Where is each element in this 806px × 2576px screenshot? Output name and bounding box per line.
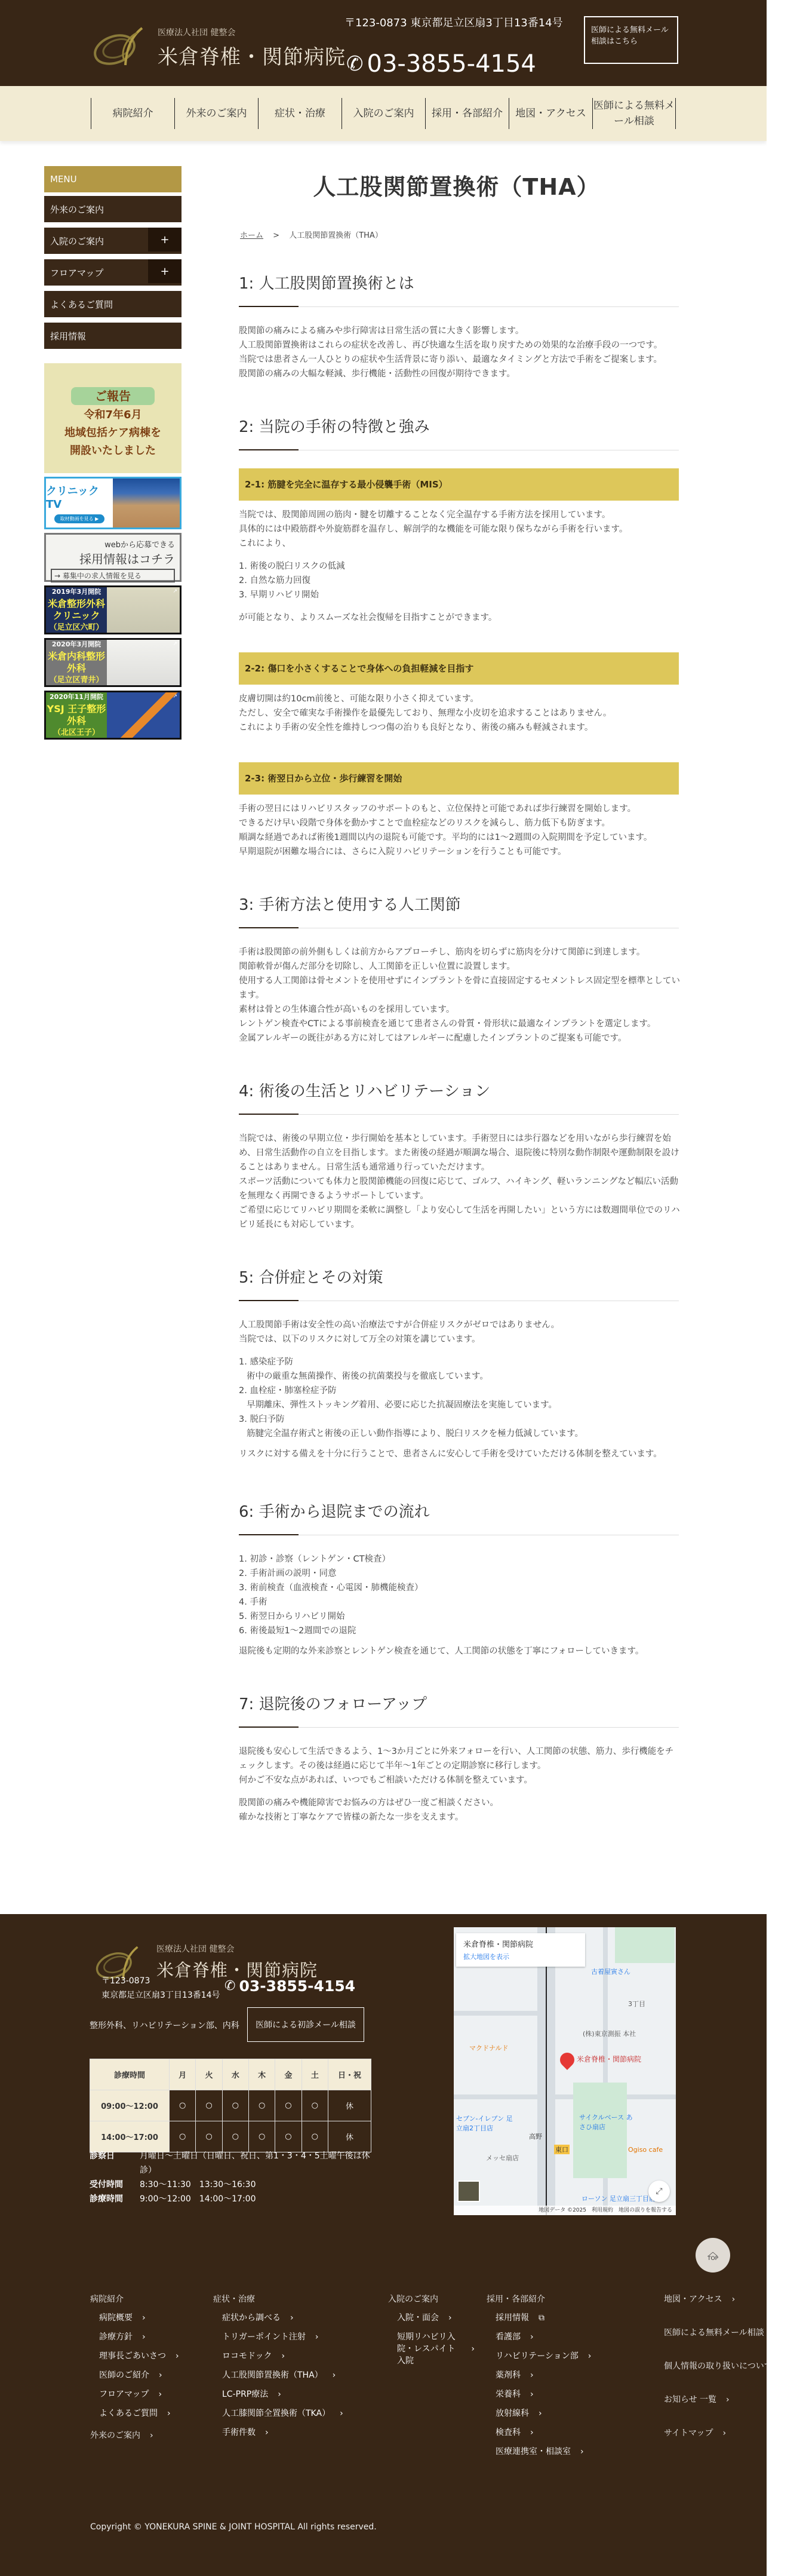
banner-text: 米倉内科整形外科 bbox=[46, 651, 107, 674]
sidebar-item-faq[interactable]: よくあるご質問 bbox=[44, 291, 181, 317]
breadcrumb: ホーム > 人工股関節置換術（THA） bbox=[240, 229, 679, 240]
site-header: 医療法人社団 健整会 米倉脊椎・関節病院 〒123-0873 東京都足立区扇3丁… bbox=[0, 0, 767, 86]
chevron-right-icon: › bbox=[732, 2295, 736, 2304]
map-fullscreen-icon[interactable]: ⤢ bbox=[648, 2181, 670, 2202]
footer-nav-link[interactable]: 採用情報⧉ bbox=[496, 2312, 591, 2324]
banner-text: 開設いたしました bbox=[44, 442, 181, 460]
subsection-body-2-3: 手術の翌日にはリハビリスタッフのサポートのもと、立位保持と可能であれば歩行練習を… bbox=[239, 802, 681, 859]
table-header: 月 bbox=[170, 2059, 196, 2090]
breadcrumb-separator: > bbox=[273, 231, 279, 240]
paragraph: 退院後も定期的な外来診察とレントゲン検査を通じて、人工関節の状態を丁寧にフォロー… bbox=[239, 1644, 681, 1658]
footer-nav-link[interactable]: LC-PRP療法› bbox=[222, 2388, 343, 2400]
footer-nav-col-hospital: 病院紹介 病院概要› 診療方針› 理事長ごあいさつ› 医師のご紹介› フロアマッ… bbox=[90, 2293, 179, 2441]
paragraph: ただし、安全で確実な手術操作を最優先しており、無理な小皮切を追求することはありま… bbox=[239, 706, 681, 720]
footer-nav-link[interactable]: 薬剤科› bbox=[496, 2369, 591, 2381]
banner-tag: ご報告 bbox=[71, 387, 155, 405]
map-poi: Ogiso cafe bbox=[628, 2146, 663, 2154]
banner-text: webから応募できる bbox=[51, 538, 175, 550]
external-link-icon: ↗ bbox=[173, 694, 177, 700]
map-attribution: 地図データ ©2025 利用規約 地図の誤りを報告する bbox=[454, 2206, 676, 2215]
gnav-mail-consult[interactable]: 医師による無料メール相談 bbox=[592, 98, 676, 129]
banner-text: 令和7年6月 bbox=[44, 406, 181, 424]
list-item: 2. 手術計画の説明・同意 bbox=[239, 1566, 681, 1581]
paragraph: これにより手術の安全性を維持しつつ傷の治りも良好となり、術後の痛みも軽減されます… bbox=[239, 720, 681, 735]
info-value: 9:00〜12:00 14:00〜17:00 bbox=[140, 2192, 373, 2206]
footer-nav-link[interactable]: 放射線科› bbox=[496, 2408, 591, 2419]
external-link-icon: ⧉ bbox=[539, 2313, 544, 2323]
banner-title: クリニックTV bbox=[46, 483, 113, 511]
footer-phone-number: 03-3855-4154 bbox=[239, 1977, 355, 1995]
list-item: 4. 手術 bbox=[239, 1595, 681, 1609]
paragraph: 順調な経過であれば術後1週間以内の退院も可能です。平均的には1〜2週間の入院期間… bbox=[239, 830, 681, 845]
banner-text: 2019年3月開院 bbox=[52, 586, 101, 598]
subsection-heading-2-1: 2-1: 筋腱を完全に温存する最小侵襲手術（MIS） bbox=[239, 468, 679, 501]
clinic-photo bbox=[107, 640, 180, 685]
chevron-right-icon: › bbox=[588, 2351, 592, 2361]
hours-table: 診療時間 月 火 水 木 金 土 日・祝 09:00〜12:00 ○ ○ ○ ○… bbox=[90, 2059, 371, 2152]
paragraph: これにより、 bbox=[239, 536, 681, 551]
sidebar-menu-heading: MENU bbox=[44, 166, 181, 192]
map-satellite-toggle[interactable] bbox=[457, 2181, 480, 2202]
paragraph: リスクに対する備えを十分に行うことで、患者さんに安心して手術を受けていただける体… bbox=[239, 1447, 681, 1461]
phone-icon: ✆ bbox=[346, 52, 364, 76]
footer-nav-link[interactable]: 人工股関節置換術（THA）› bbox=[222, 2369, 343, 2381]
map-place-name: 米倉脊椎・関節病院 bbox=[463, 1938, 578, 1949]
table-header: 診療時間 bbox=[90, 2059, 170, 2090]
map-poi: 古着屋寅さん bbox=[591, 1967, 630, 1976]
section-heading-1: 1: 人工股関節置換術とは bbox=[239, 271, 679, 307]
banner-text: → 募集中の求人情報を見る bbox=[51, 569, 175, 582]
paragraph: 人工股関節手術は安全性の高い治療法ですが合併症リスクがゼロではありません。 bbox=[239, 1318, 681, 1332]
table-cell: ○ bbox=[302, 2090, 328, 2121]
expand-plus-icon[interactable]: + bbox=[148, 228, 181, 252]
footer-nav-link[interactable]: 人工膝関節全置換術（TKA）› bbox=[222, 2408, 343, 2419]
list-item-title: 1. 感染症予防 bbox=[239, 1355, 681, 1369]
subsection-body-2-1: 当院では、股関節周囲の筋肉・腱を切離することなく完全温存する手術方法を採用してい… bbox=[239, 508, 681, 625]
table-cell: ○ bbox=[170, 2090, 196, 2121]
paragraph: 具体的には中殿筋群や外旋筋群を温存し、解剖学的な機能を可能な限り保ちながら手術を… bbox=[239, 522, 681, 536]
list-item: 3. 術前検査（血液検査・心電図・肺機能検査） bbox=[239, 1581, 681, 1595]
footer-nav-link[interactable]: 病院概要› bbox=[99, 2312, 179, 2324]
footer-nav-col-misc: 地図・アクセス› 医師による無料メール相談 個人情報の取り扱いについて お知らせ… bbox=[664, 2293, 767, 2439]
footer-nav-col-inpatient: 入院のご案内 入院・面会› 短期リハビリ入院・レスパイト入院› bbox=[388, 2293, 475, 2374]
building-photo bbox=[113, 479, 180, 528]
table-row: 14:00〜17:00 ○ ○ ○ ○ ○ ○ 休 bbox=[90, 2121, 371, 2152]
map-poi: 東口 bbox=[554, 2145, 570, 2154]
clinic-photo bbox=[107, 587, 180, 633]
list-item-desc: 筋腱完全温存術式と術後の正しい動作指導により、脱臼リスクを極力低減しています。 bbox=[239, 1427, 681, 1441]
sidebar-item-label: 外来のご案内 bbox=[50, 203, 104, 216]
chevron-right-icon: › bbox=[150, 2431, 153, 2440]
chevron-right-icon: › bbox=[167, 2409, 171, 2418]
paragraph: 当院では、術後の早期立位・歩行開始を基本としています。手術翌日には歩行器などを用… bbox=[239, 1131, 681, 1174]
table-cell: ○ bbox=[222, 2090, 248, 2121]
page: 医療法人社団 健整会 米倉脊椎・関節病院 〒123-0873 東京都足立区扇3丁… bbox=[0, 0, 767, 2576]
footer-nav-link[interactable]: 地図・アクセス› bbox=[664, 2293, 767, 2305]
footer-nav-heading[interactable]: 採用・各部紹介 bbox=[487, 2293, 591, 2305]
table-header: 木 bbox=[248, 2059, 275, 2090]
paragraph: 早期退院が困難な場合には、さらに入院リハビリテーションを行うことも可能です。 bbox=[239, 845, 681, 859]
footer-nav-link[interactable]: ロコモドック› bbox=[222, 2350, 343, 2362]
gnav-outpatient[interactable]: 外来のご案内 bbox=[174, 98, 258, 129]
header-address: 〒123-0873 東京都足立区扇3丁目13番14号 bbox=[344, 14, 565, 32]
paragraph: 素材は骨との生体適合性が高いものを採用しています。 bbox=[239, 1002, 681, 1017]
table-header-row: 診療時間 月 火 水 木 金 土 日・祝 bbox=[90, 2059, 371, 2090]
site-logo[interactable]: 医療法人社団 健整会 米倉脊椎・関節病院 bbox=[90, 22, 346, 70]
footer-nav-link[interactable]: お知らせ 一覧› bbox=[664, 2393, 767, 2405]
table-row: 09:00〜12:00 ○ ○ ○ ○ ○ ○ 休 bbox=[90, 2090, 371, 2121]
paragraph: 使用する人工関節は骨セメントを使用せずにインプラントを骨に直接固定するセメントレ… bbox=[239, 974, 681, 1002]
sidebar-item-recruit[interactable]: 採用情報 bbox=[44, 323, 181, 349]
footer-nav-link[interactable]: 検査科› bbox=[496, 2427, 591, 2439]
paragraph: が可能となり、よりスムーズな社会復帰を目指すことができます。 bbox=[239, 611, 681, 625]
map-park bbox=[615, 1927, 675, 1963]
paragraph: 退院後も安心して生活できるよう、1〜3か月ごとに外来フォローを行い、人工関節の状… bbox=[239, 1744, 681, 1773]
table-header: 土 bbox=[302, 2059, 328, 2090]
clinic-photo bbox=[107, 692, 180, 738]
postal-code: 〒123-0873 bbox=[101, 1974, 220, 1988]
banner-text: 地域包括ケア病棟を bbox=[44, 424, 181, 442]
section-heading-2: 2: 当院の手術の特徴と強み bbox=[239, 415, 679, 450]
chevron-right-icon: › bbox=[158, 2390, 162, 2399]
banner-text: 米倉整形外科クリニック bbox=[46, 598, 107, 622]
map-road bbox=[454, 2094, 676, 2099]
section-heading-5: 5: 合併症とその対策 bbox=[239, 1265, 679, 1301]
footer-nav-heading[interactable]: 症状・治療 bbox=[213, 2293, 343, 2305]
info-label: 診療時間 bbox=[90, 2192, 140, 2206]
banner-text: YSJ 王子整形外科 bbox=[46, 703, 107, 727]
banner-recruit[interactable]: webから応募できる 採用情報はコチラ → 募集中の求人情報を見る bbox=[44, 533, 181, 582]
chevron-right-icon: › bbox=[333, 2370, 336, 2380]
table-cell: 14:00〜17:00 bbox=[90, 2121, 170, 2152]
map-road bbox=[454, 2011, 537, 2016]
chevron-right-icon: › bbox=[530, 2428, 534, 2437]
org-name: 医療法人社団 健整会 bbox=[156, 1943, 318, 1955]
banner-text: 2020年11月開院 bbox=[50, 691, 103, 703]
subsection-heading-2-3: 2-3: 術翌日から立位・歩行練習を開始 bbox=[239, 762, 679, 795]
section-heading-7: 7: 退院後のフォローアップ bbox=[239, 1692, 679, 1728]
footer-nav-link[interactable]: トリガーポイント注射› bbox=[222, 2331, 343, 2343]
section-heading-4: 4: 術後の生活とリハビリテーション bbox=[239, 1079, 679, 1115]
sidebar-item-floormap[interactable]: フロアマップ + bbox=[44, 259, 181, 286]
chevron-up-icon: ︿ bbox=[708, 2249, 718, 2256]
back-to-top-label: TOP bbox=[707, 2256, 718, 2262]
subsection-heading-2-2: 2-2: 傷口を小さくすることで身体への負担軽減を目指す bbox=[239, 652, 679, 685]
list-item-desc: 早期離床、弾性ストッキング着用、必要に応じた抗凝固療法を実施しています。 bbox=[239, 1398, 681, 1412]
paragraph: スポーツ活動についても体力と股関節機能の回復に応じて、ゴルフ、ハイキング、軽いラ… bbox=[239, 1174, 681, 1203]
footer-address: 〒123-0873 東京都足立区扇3丁目13番14号 bbox=[101, 1974, 220, 2002]
banner-clinic-rokucho[interactable]: 2019年3月開院 米倉整形外科クリニック （足立区六町） ↗ bbox=[44, 585, 181, 634]
map-poi: セブン-イレブン 足立扇2丁目店 bbox=[456, 2114, 516, 2133]
banner-clinic-aoi[interactable]: 2020年3月開院 米倉内科整形外科 （足立区青井） ↗ bbox=[44, 638, 181, 687]
header-phone-number: 03-3855-4154 bbox=[367, 50, 536, 78]
info-label: 受付時間 bbox=[90, 2178, 140, 2192]
list-item-title: 3. 脱臼予防 bbox=[239, 1412, 681, 1427]
footer-phone-link[interactable]: ✆ 03-3855-4154 bbox=[224, 1977, 355, 1995]
map-pin-icon bbox=[557, 2050, 577, 2070]
list-item: 5. 術翌日からリハビリ開始 bbox=[239, 1609, 681, 1624]
paragraph: 股関節の痛みの大幅な軽減、歩行機能・活動性の回復が期待できます。 bbox=[239, 367, 681, 381]
banner-text: 2020年3月開院 bbox=[52, 639, 101, 651]
footer-nav-link[interactable]: 短期リハビリ入院・レスパイト入院› bbox=[397, 2331, 475, 2367]
list-item-title: 2. 血栓症・肺塞栓症予防 bbox=[239, 1384, 681, 1398]
main-content: 人工股関節置換術（THA） ホーム > 人工股関節置換術（THA） 1: 人工股… bbox=[234, 166, 679, 1824]
banner-text: （足立区青井） bbox=[49, 674, 103, 686]
paragraph: 当院では、股関節周囲の筋肉・腱を切離することなく完全温存する手術方法を採用してい… bbox=[239, 508, 681, 522]
section-heading-3: 3: 手術方法と使用する人工関節 bbox=[239, 893, 679, 928]
paragraph: 当院では、以下のリスクに対して万全の対策を講じています。 bbox=[239, 1332, 681, 1347]
phone-icon: ✆ bbox=[224, 1979, 235, 1994]
sidebar-item-label: よくあるご質問 bbox=[50, 298, 113, 311]
sidebar-item-label: 入院のご案内 bbox=[50, 235, 104, 247]
chevron-right-icon: › bbox=[265, 2428, 269, 2437]
table-header: 金 bbox=[275, 2059, 302, 2090]
info-value: 月曜日〜土曜日（日曜日、祝日、第1・3・4・5土曜午後は休診） bbox=[140, 2149, 373, 2178]
external-link-icon: ↗ bbox=[173, 641, 177, 647]
gnav-inpatient[interactable]: 入院のご案内 bbox=[342, 98, 425, 129]
chevron-right-icon: › bbox=[340, 2409, 343, 2418]
footer-nav-link[interactable]: 看護部› bbox=[496, 2331, 591, 2343]
table-cell: ○ bbox=[248, 2090, 275, 2121]
copyright: Copyright © YONEKURA SPINE & JOINT HOSPI… bbox=[90, 2522, 377, 2532]
org-name: 医療法人社団 健整会 bbox=[158, 26, 346, 38]
subsection-body-2-2: 皮膚切開は約10cm前後と、可能な限り小さく抑えています。 ただし、安全で確実な… bbox=[239, 692, 681, 735]
banner-text: 採用情報はコチラ bbox=[51, 550, 175, 567]
table-cell: ○ bbox=[196, 2121, 222, 2152]
chevron-right-icon: › bbox=[530, 2390, 534, 2399]
chevron-right-icon: › bbox=[530, 2370, 534, 2380]
paragraph: 何かご不安な点があれば、いつでもご相談いただける体制を整えています。 bbox=[239, 1773, 681, 1787]
section-heading-6: 6: 手術から退院までの流れ bbox=[239, 1499, 679, 1535]
table-header: 火 bbox=[196, 2059, 222, 2090]
departments: 整形外科、リハビリテーション部、内科 bbox=[90, 2019, 239, 2031]
section-body-3: 手術は股関節の前外側もしくは前方からアプローチし、筋肉を切らずに筋肉を分けて関節… bbox=[239, 945, 681, 1045]
footer-nav-link[interactable]: 個人情報の取り扱いについて bbox=[664, 2360, 767, 2372]
paragraph: 股関節の痛みや機能障害でお悩みの方はぜひ一度ご相談ください。 bbox=[239, 1796, 681, 1810]
chevron-right-icon: › bbox=[281, 2351, 285, 2361]
paragraph: 当院では患者さん一人ひとりの症状や生活背景に寄り添い、最適なタイミングと方法で手… bbox=[239, 352, 681, 367]
paragraph: 皮膚切開は約10cm前後と、可能な限り小さく抑えています。 bbox=[239, 692, 681, 706]
section-body-6: 1. 初診・診察（レントゲン・CT検査） 2. 手術計画の説明・同意 3. 術前… bbox=[239, 1552, 681, 1658]
section-body-4: 当院では、術後の早期立位・歩行開始を基本としています。手術翌日には歩行器などを用… bbox=[239, 1131, 681, 1232]
breadcrumb-current: 人工股関節置換術（THA） bbox=[289, 231, 383, 240]
banner-ward-opening[interactable]: ご報告 令和7年6月 地域包括ケア病棟を 開設いたしました bbox=[44, 363, 181, 473]
paragraph: 関節軟骨が傷んだ部分を切除し、人工関節を正しい位置に設置します。 bbox=[239, 959, 681, 974]
map-poi: ローソン 足立扇三丁目店 bbox=[582, 2194, 656, 2203]
list-item: 2. 自然な筋力回復 bbox=[239, 574, 681, 588]
footer-nav-link[interactable]: 医師による無料メール相談 bbox=[664, 2326, 767, 2338]
footer-nav-link[interactable]: 手術件数› bbox=[222, 2427, 343, 2439]
info-label: 診察日 bbox=[90, 2149, 140, 2178]
table-cell: ○ bbox=[170, 2121, 196, 2152]
banner-clinic-tv[interactable]: クリニックTV 取材動画を見る ▶ bbox=[44, 477, 181, 529]
logo-mark-icon bbox=[90, 24, 155, 68]
external-link-icon: ↗ bbox=[173, 588, 177, 594]
chevron-right-icon: › bbox=[448, 2313, 452, 2323]
paragraph: できるだけ早い段階で身体を動かすことで血栓症などのリスクを減らし、筋力低下も防ぎ… bbox=[239, 816, 681, 830]
footer-nav-link[interactable]: 診療方針› bbox=[99, 2331, 179, 2343]
map-poi: メッセ扇店 bbox=[486, 2153, 519, 2163]
sidebar-item-inpatient[interactable]: 入院のご案内 + bbox=[44, 228, 181, 254]
chevron-right-icon: › bbox=[142, 2313, 146, 2323]
chevron-right-icon: › bbox=[315, 2332, 319, 2342]
table-cell: ○ bbox=[248, 2121, 275, 2152]
footer-nav-heading[interactable]: 入院のご案内 bbox=[388, 2293, 475, 2305]
chevron-right-icon: › bbox=[722, 2428, 726, 2438]
table-cell: ○ bbox=[275, 2090, 302, 2121]
list-item: 1. 術後の脱臼リスクの低減 bbox=[239, 559, 681, 574]
info-value: 8:30〜11:30 13:30〜16:30 bbox=[140, 2178, 373, 2192]
footer-nav-link[interactable]: サイトマップ› bbox=[664, 2427, 767, 2439]
paragraph: 確かな技術と丁寧なケアで皆様の新たな一歩を支えます。 bbox=[239, 1810, 681, 1824]
footer-nav-col-symptoms: 症状・治療 症状から調べる› トリガーポイント注射› ロコモドック› 人工股関節… bbox=[213, 2293, 343, 2446]
chevron-right-icon: › bbox=[290, 2313, 294, 2323]
map-poi: 3丁目 bbox=[628, 1999, 645, 2008]
section-body-7: 退院後も安心して生活できるよう、1〜3か月ごとに外来フォローを行い、人工関節の状… bbox=[239, 1744, 681, 1824]
footer-nav-col-recruit: 採用・各部紹介 採用情報⧉ 看護部› リハビリテーション部› 薬剤科› 栄養科›… bbox=[487, 2293, 591, 2465]
sidebar-item-label: 採用情報 bbox=[50, 330, 86, 342]
paragraph: 手術は股関節の前外側もしくは前方からアプローチし、筋肉を切らずに筋肉を分けて関節… bbox=[239, 945, 681, 959]
table-cell: 09:00〜12:00 bbox=[90, 2090, 170, 2121]
table-cell: 休 bbox=[328, 2090, 371, 2121]
banner-text: （北区王子） bbox=[53, 727, 100, 739]
gnav-recruit[interactable]: 採用・各部紹介 bbox=[425, 98, 509, 129]
footer-nav-link[interactable]: 栄養科› bbox=[496, 2388, 591, 2400]
back-to-top-button[interactable]: ︿ TOP bbox=[696, 2238, 730, 2273]
gnav-access[interactable]: 地図・アクセス bbox=[509, 98, 592, 129]
paragraph: 股関節の痛みによる痛みや歩行障害は日常生活の質に大きく影響します。 bbox=[239, 324, 681, 338]
footer-nav-link[interactable]: 医師のご紹介› bbox=[99, 2369, 179, 2381]
address: 東京都足立区扇3丁目13番14号 bbox=[101, 1988, 220, 2002]
footer-nav-heading[interactable]: 病院紹介 bbox=[90, 2293, 179, 2305]
list-item-desc: 術中の厳重な無菌操作、術後の抗菌薬投与を徹底しています。 bbox=[239, 1369, 681, 1384]
footer-mail-consult-button[interactable]: 医師による初診メール相談 bbox=[247, 2007, 364, 2042]
table-cell: ○ bbox=[222, 2121, 248, 2152]
footer-nav-link[interactable]: リハビリテーション部› bbox=[496, 2350, 591, 2362]
paragraph: 人工股関節置換術はこれらの症状を改善し、再び快適な生活を取り戻すための効果的な治… bbox=[239, 338, 681, 352]
section-body-5: 人工股関節手術は安全性の高い治療法ですが合併症リスクがゼロではありません。 当院… bbox=[239, 1318, 681, 1461]
gnav-hospital-intro[interactable]: 病院紹介 bbox=[91, 98, 174, 129]
banner-clinic-oji[interactable]: 2020年11月開院 YSJ 王子整形外科 （北区王子） ↗ bbox=[44, 691, 181, 740]
hospital-name: 米倉脊椎・関節病院 bbox=[158, 41, 346, 70]
table-cell: ○ bbox=[302, 2121, 328, 2152]
banner-button: 取材動画を見る ▶ bbox=[54, 514, 105, 523]
google-map[interactable]: 米倉脊椎・関節病院 拡大地図を表示 古着屋寅さん 3丁目 マクドナルド (株)東… bbox=[454, 1927, 676, 2215]
gnav-symptoms[interactable]: 症状・治療 bbox=[258, 98, 342, 129]
map-poi: (株)東京測振 本社 bbox=[583, 2029, 636, 2038]
site-footer: 医療法人社団 健整会 米倉脊椎・関節病院 〒123-0873 東京都足立区扇3丁… bbox=[0, 1914, 767, 2576]
header-mail-consult-button[interactable]: 医師による無料メール相談はこちら bbox=[584, 16, 678, 64]
clinic-info: 診察日月曜日〜土曜日（日曜日、祝日、第1・3・4・5土曜午後は休診） 受付時間8… bbox=[90, 2149, 373, 2206]
page-title: 人工股関節置換術（THA） bbox=[234, 168, 679, 201]
map-railway bbox=[546, 1927, 547, 2215]
chevron-right-icon: › bbox=[580, 2447, 584, 2457]
table-cell: ○ bbox=[275, 2121, 302, 2152]
chevron-right-icon: › bbox=[530, 2332, 534, 2342]
map-poi: 高野 bbox=[529, 2132, 542, 2141]
sidebar: MENU 外来のご案内 入院のご案内 + フロアマップ + よくあるご質問 採用… bbox=[44, 166, 181, 1824]
map-pin-label: 米倉脊椎・関節病院 bbox=[577, 2054, 641, 2064]
chevron-right-icon: › bbox=[159, 2370, 162, 2380]
table-header: 水 bbox=[222, 2059, 248, 2090]
chevron-right-icon: › bbox=[471, 2343, 475, 2355]
global-nav: 病院紹介 外来のご案内 症状・治療 入院のご案内 採用・各部紹介 地図・アクセス… bbox=[0, 86, 767, 141]
chevron-right-icon: › bbox=[539, 2409, 542, 2418]
map-poi: マクドナルド bbox=[469, 2043, 508, 2053]
list-item: 6. 術後最短1〜2週間での退院 bbox=[239, 1624, 681, 1638]
chevron-right-icon: › bbox=[176, 2351, 179, 2361]
section-body-1: 股関節の痛みによる痛みや歩行障害は日常生活の質に大きく影響します。 人工股関節置… bbox=[239, 324, 681, 381]
footer-nav-link[interactable]: フロアマップ› bbox=[99, 2388, 179, 2400]
paragraph: ご希望に応じてリハビリ期間を柔軟に調整し「より安心して生活を再開したい」という方… bbox=[239, 1203, 681, 1232]
list-item: 1. 初診・診察（レントゲン・CT検査） bbox=[239, 1552, 681, 1566]
chevron-right-icon: › bbox=[278, 2390, 281, 2399]
list-item: 3. 早期リハビリ開始 bbox=[239, 588, 681, 602]
expand-plus-icon[interactable]: + bbox=[148, 259, 181, 283]
table-header: 日・祝 bbox=[328, 2059, 371, 2090]
footer-nav-outpatient[interactable]: 外来のご案内› bbox=[90, 2429, 179, 2441]
paragraph: レントゲン検査やCTによる事前検査を通じて患者さんの骨質・骨形状に最適なインプラ… bbox=[239, 1017, 681, 1031]
sidebar-item-label: フロアマップ bbox=[50, 266, 103, 279]
map-place-card: 米倉脊椎・関節病院 拡大地図を表示 bbox=[456, 1933, 585, 1967]
paragraph: 手術の翌日にはリハビリスタッフのサポートのもと、立位保持と可能であれば歩行練習を… bbox=[239, 802, 681, 816]
footer-nav-link[interactable]: 医療連携室・相談室› bbox=[496, 2446, 591, 2458]
map-poi: サイクルベース あさひ扇店 bbox=[579, 2112, 639, 2132]
table-cell: ○ bbox=[196, 2090, 222, 2121]
footer-nav-link[interactable]: よくあるご質問› bbox=[99, 2408, 179, 2419]
chevron-right-icon: › bbox=[726, 2395, 730, 2405]
breadcrumb-home-link[interactable]: ホーム bbox=[240, 231, 263, 240]
header-phone-link[interactable]: ✆ 03-3855-4154 bbox=[346, 50, 536, 78]
map-enlarge-link[interactable]: 拡大地図を表示 bbox=[463, 1952, 578, 1961]
table-cell: 休 bbox=[328, 2121, 371, 2152]
footer-nav-link[interactable]: 入院・面会› bbox=[397, 2312, 475, 2324]
sidebar-item-outpatient[interactable]: 外来のご案内 bbox=[44, 196, 181, 222]
footer-nav-link[interactable]: 理事長ごあいさつ› bbox=[99, 2350, 179, 2362]
footer-nav-link[interactable]: 症状から調べる› bbox=[222, 2312, 343, 2324]
chevron-right-icon: › bbox=[142, 2332, 146, 2342]
banner-text: （足立区六町） bbox=[49, 622, 103, 634]
paragraph: 金属アレルギーの既往がある方に対してはアレルギーに配慮したインプラントのご提案も… bbox=[239, 1031, 681, 1045]
